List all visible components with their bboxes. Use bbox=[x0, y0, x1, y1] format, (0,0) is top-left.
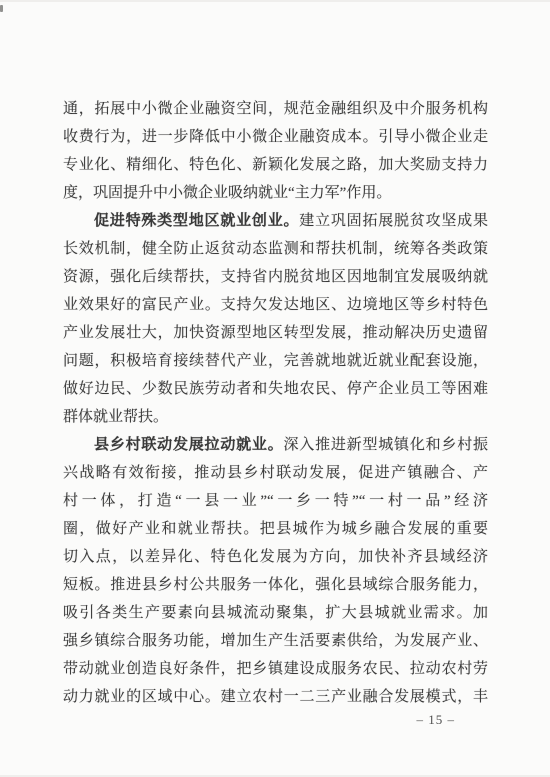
text-line: 做好边民、少数民族劳动者和失地农民、停产企业员工等困难 bbox=[63, 375, 488, 403]
text-line: 强乡镇综合服务功能，增加生产生活要素供给，为发展产业、 bbox=[63, 627, 488, 655]
paragraph-lead: 促进特殊类型地区就业创业。 bbox=[94, 213, 299, 229]
text-line: 群体就业帮扶。 bbox=[63, 403, 488, 431]
text-line: 业效果好的富民产业。支持欠发达地区、边境地区等乡村特色 bbox=[63, 291, 488, 319]
paragraph-lead: 县乡村联动发展拉动就业。 bbox=[94, 437, 284, 453]
page: 通，拓展中小微企业融资空间，规范金融组织及中介服务机构收费行为，进一步降低中小微… bbox=[0, 0, 550, 777]
text-line: 切入点，以差异化、特色化发展为方向，加快补齐县域经济 bbox=[63, 543, 488, 571]
text-line: 兴战略有效衔接，推动县乡村联动发展，促进产镇融合、产 bbox=[63, 459, 488, 487]
text-line: 促进特殊类型地区就业创业。建立巩固拓展脱贫攻坚成果 bbox=[63, 207, 488, 235]
text-line: 吸引各类生产要素向县城流动聚集，扩大县城就业需求。加 bbox=[63, 599, 488, 627]
text-line: 村一体，打造“一县一业”“一乡一特”“一村一品”经济 bbox=[63, 487, 488, 515]
text-line: 资源，强化后续帮扶，支持省内脱贫地区因地制宜发展吸纳就 bbox=[63, 263, 488, 291]
text-line: 产业发展壮大，加快资源型地区转型发展，推动解决历史遗留 bbox=[63, 319, 488, 347]
text-line: 收费行为，进一步降低中小微企业融资成本。引导小微企业走 bbox=[63, 123, 488, 151]
scan-edge-top bbox=[0, 0, 550, 2]
page-footer: – 15 – bbox=[417, 712, 456, 728]
page-number: – 15 – bbox=[417, 712, 456, 727]
text-line: 短板。推进县乡村公共服务一体化，强化县域综合服务能力， bbox=[63, 571, 488, 599]
text-line: 县乡村联动发展拉动就业。深入推进新型城镇化和乡村振 bbox=[63, 431, 488, 459]
scanned-document-screenshot: { "page": { "background": "#fbfbfa", "te… bbox=[0, 0, 550, 777]
text-line: 带动就业创造良好条件，把乡镇建设成服务农民、拉动农村劳 bbox=[63, 655, 488, 683]
paragraph: 县乡村联动发展拉动就业。深入推进新型城镇化和乡村振兴战略有效衔接，推动县乡村联动… bbox=[63, 431, 488, 711]
text-line: 长效机制，健全防止返贫动态监测和帮扶机制，统筹各类政策 bbox=[63, 235, 488, 263]
paragraph: 促进特殊类型地区就业创业。建立巩固拓展脱贫攻坚成果长效机制，健全防止返贫动态监测… bbox=[63, 207, 488, 431]
text-line: 问题，积极培育接续替代产业，完善就地就近就业配套设施， bbox=[63, 347, 488, 375]
text-line: 专业化、精细化、特色化、新颖化发展之路，加大奖励支持力 bbox=[63, 151, 488, 179]
text-line: 通，拓展中小微企业融资空间，规范金融组织及中介服务机构 bbox=[63, 95, 488, 123]
text-line: 圈，做好产业和就业帮扶。把县城作为城乡融合发展的重要 bbox=[63, 515, 488, 543]
document-body: 通，拓展中小微企业融资空间，规范金融组织及中介服务机构收费行为，进一步降低中小微… bbox=[63, 95, 488, 711]
text-line: 动力就业的区域中心。建立农村一二三产业融合发展模式，丰 bbox=[63, 683, 488, 711]
text-line: 度，巩固提升中小微企业吸纳就业“主力军”作用。 bbox=[63, 179, 488, 207]
scan-speck-artifact bbox=[0, 5, 3, 12]
paragraph: 通，拓展中小微企业融资空间，规范金融组织及中介服务机构收费行为，进一步降低中小微… bbox=[63, 95, 488, 207]
